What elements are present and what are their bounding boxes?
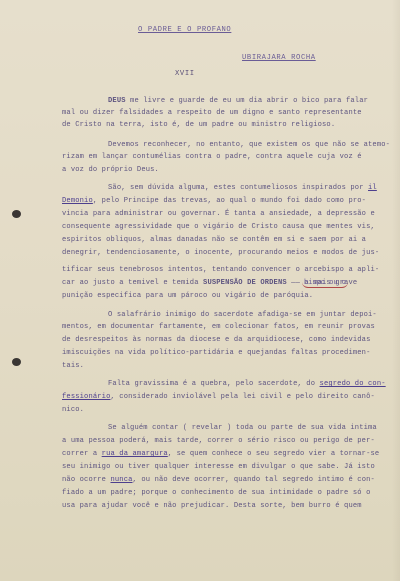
text-line: consequente agressividade que o vigário … [62, 223, 375, 232]
document-page: O PADRE E O PROFANO UBIRAJARA ROCHA XVII… [0, 0, 400, 581]
text-line: vincia para administrar ou governar. É t… [62, 210, 375, 219]
text-line: Se alguém contar ( revelar ) toda ou par… [108, 424, 377, 433]
text-line: correr a rua da amargura, se quem conhec… [62, 450, 379, 459]
text-line: a voz do próprio Deus. [62, 166, 159, 175]
author-name: UBIRAJARA ROCHA [242, 54, 316, 62]
text-line: punição especifica para um pároco ou vig… [62, 292, 313, 301]
text-line: a uma pessoa poderá, mais tarde, correr … [62, 437, 375, 446]
text-line: O salafrário inimigo do sacerdote afadig… [108, 311, 377, 320]
text-line: não ocorre nunca, ou não deve ocorrer, q… [62, 476, 375, 485]
text-line: denegrir, tendenciosamente, o inocente, … [62, 249, 379, 258]
text-line: usa para ajudar você e não prejudicar. D… [62, 502, 362, 511]
underlined-phrase: fessionário [62, 393, 110, 401]
text-line: fessionário, considerado inviolável pela… [62, 393, 375, 402]
text-line: São, sem dúvida alguma, estes contumelio… [108, 184, 377, 193]
underlined-phrase: il [368, 184, 377, 192]
text-line: Falta gravissima é a quebra, pelo sacerd… [108, 380, 386, 389]
text-line: imiscuições na vida político-partidária … [62, 349, 371, 358]
text-line: rizam em lançar contumélias contra o pad… [62, 153, 362, 162]
underlined-phrase: segredo do con- [320, 380, 386, 388]
text-line: de desrespeitos às normas da diocese e d… [62, 336, 371, 345]
handwritten-insertion: bispo ou o [302, 279, 348, 288]
text-line: fiado a um padre; porque o conhecimento … [62, 489, 371, 498]
page-edge-shadow [392, 0, 400, 581]
text-line: mentos, em documentar fartamente, em col… [62, 323, 375, 332]
underlined-phrase: Demonio [62, 197, 93, 205]
emphasis-text: DEUS [108, 97, 126, 105]
chapter-number: XVII [175, 70, 195, 78]
emphasis-text: SUSPENSÃO DE ORDENS [203, 279, 287, 287]
underlined-phrase: nunca [110, 476, 132, 484]
text-line: tais. [62, 362, 84, 371]
underlined-phrase: rua da amargura [102, 450, 168, 458]
text-line: Demonio, pelo Principe das trevas, ao qu… [62, 197, 366, 206]
text-line: de Cristo na terra, isto é, de um padre … [62, 121, 335, 130]
text-line: nico. [62, 406, 84, 415]
text-line: tificar seus tenebrosos intentos, tentan… [62, 266, 379, 275]
text-line: DEUS me livre e guarde de eu um dia abri… [108, 97, 368, 106]
document-title: O PADRE E O PROFANO [138, 26, 231, 34]
punch-hole [12, 358, 21, 366]
text-line: Devemos reconhecer, no entanto, que exis… [108, 141, 390, 150]
text-line: espiritos obliquos, almas danadas não se… [62, 236, 366, 245]
text-line: mal ou dizer falsidades a respeito de um… [62, 109, 362, 118]
punch-hole [12, 210, 21, 218]
text-line: seu inimigo ou tiver qualquer interesse … [62, 463, 375, 472]
